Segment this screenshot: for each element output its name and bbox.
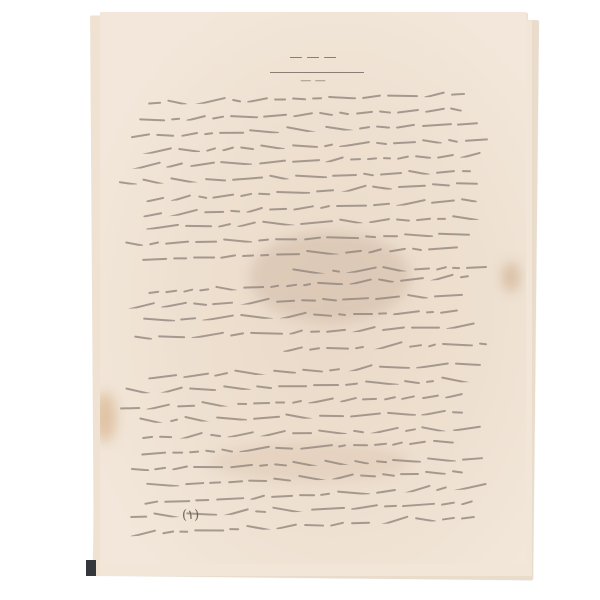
title-underline	[270, 72, 364, 73]
page-subtitle: — —	[100, 74, 526, 87]
page-number: (١)	[182, 508, 199, 523]
handwritten-line	[270, 337, 490, 353]
stain-right-edge	[502, 262, 520, 292]
handwritten-line	[130, 318, 478, 340]
stain-left-edge	[100, 392, 116, 442]
dark-cover-edge	[86, 560, 96, 576]
page-title: — — —	[100, 50, 526, 65]
manuscript-page: — — — — — (١)	[100, 12, 526, 564]
